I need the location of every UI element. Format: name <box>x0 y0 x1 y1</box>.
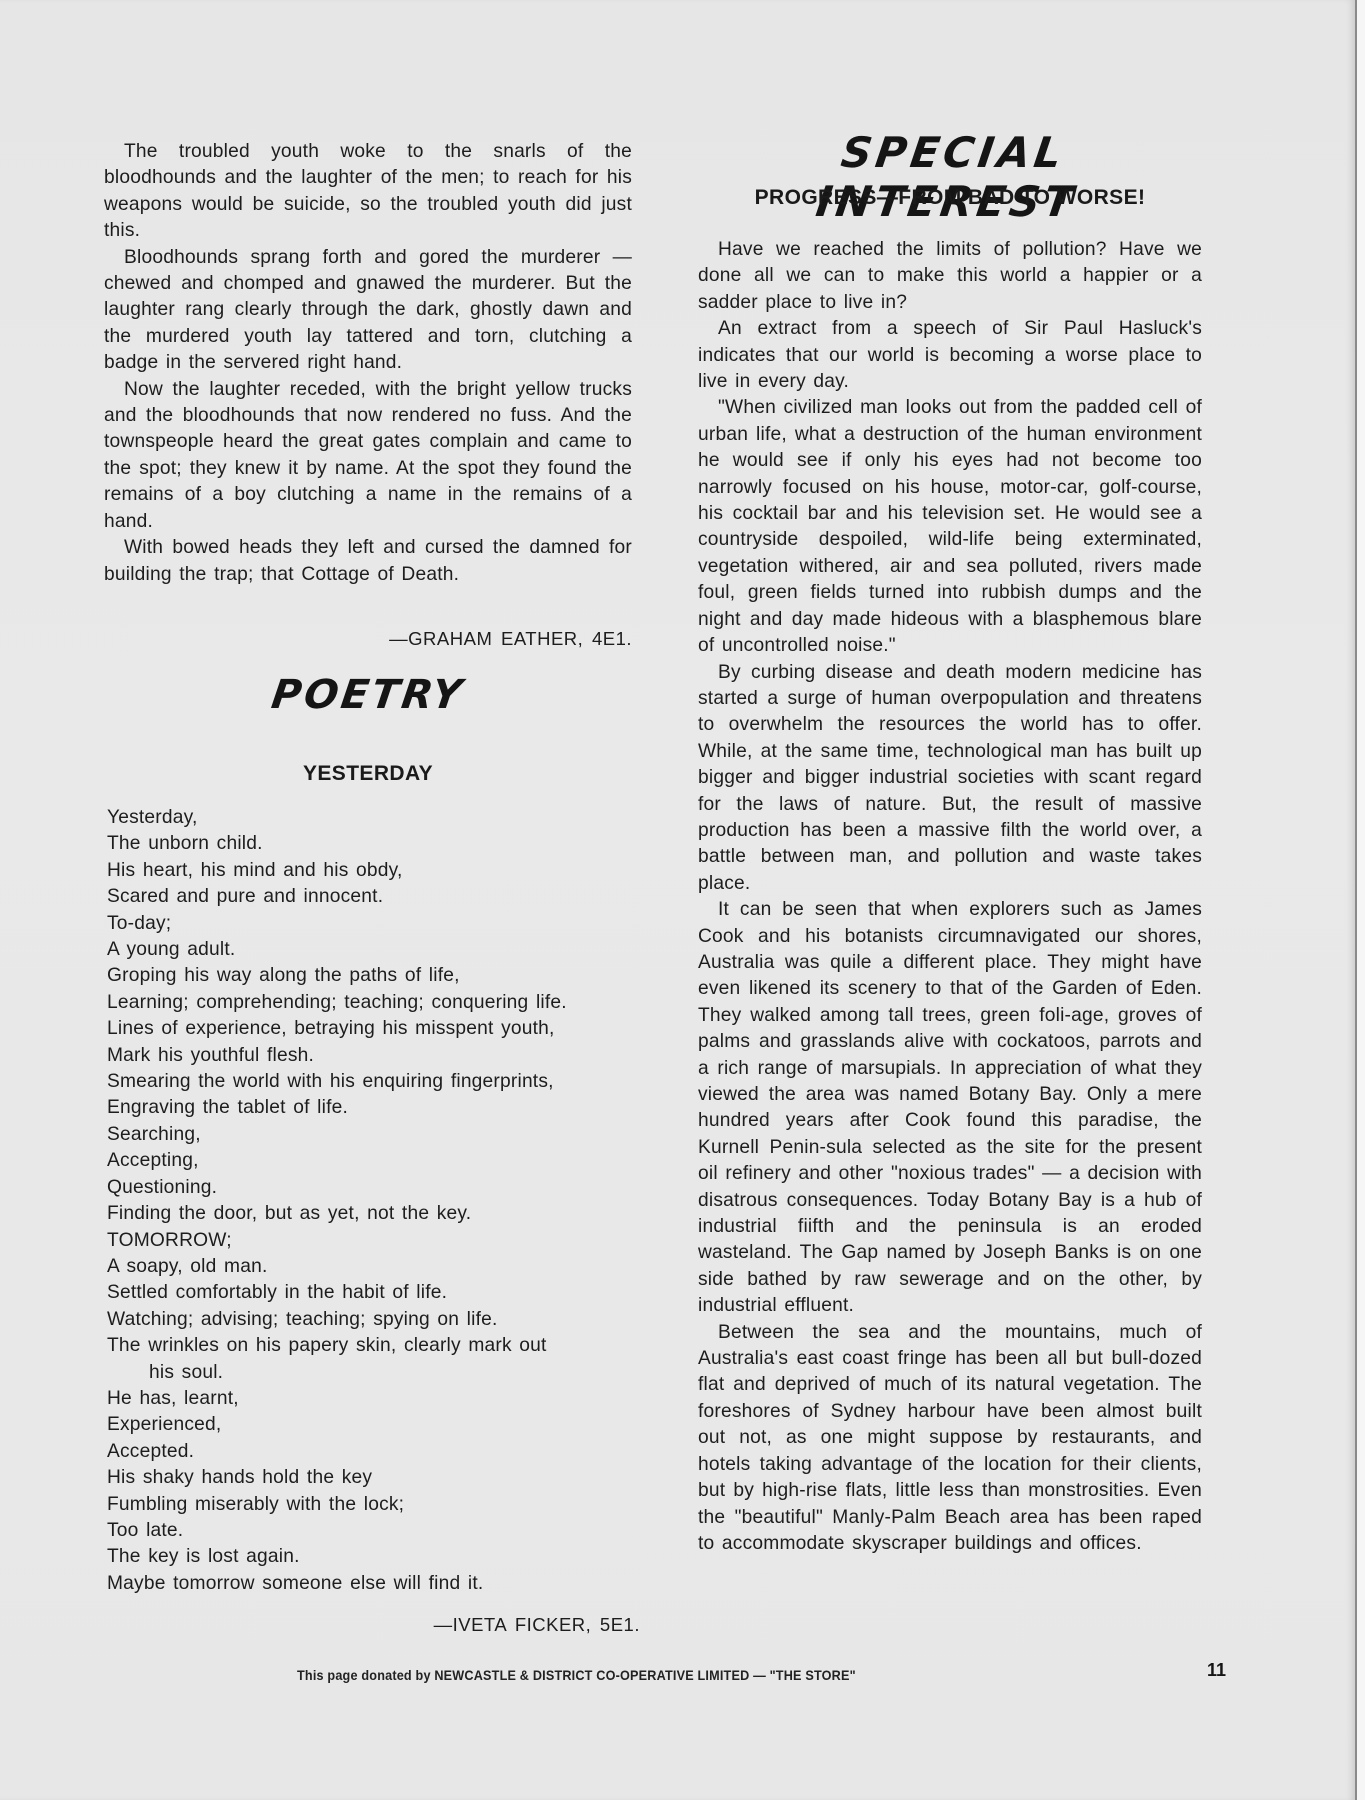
poem-line: His heart, his mind and his obdy, <box>107 858 647 884</box>
poem-line: To-day; <box>107 911 647 937</box>
poem-line: Learning; comprehending; teaching; conqu… <box>107 990 647 1016</box>
poem-line: Finding the door, but as yet, not the ke… <box>107 1201 647 1227</box>
story-paragraph: With bowed heads they left and cursed th… <box>104 535 632 588</box>
story-text: The troubled youth woke to the snarls of… <box>104 139 632 588</box>
poem-line: Groping his way along the paths of life, <box>107 963 647 989</box>
poem-line: Accepted. <box>107 1439 647 1465</box>
page-number: 11 <box>1207 1660 1226 1681</box>
poem-line: The wrinkles on his papery skin, clearly… <box>107 1333 647 1359</box>
article-title: PROGRESS—FROM BAD TO WORSE! <box>698 186 1202 210</box>
article-paragraph: It can be seen that when explorers such … <box>698 897 1202 1320</box>
poem-author: —IVETA FICKER, 5E1. <box>112 1614 640 1636</box>
poem-line: Smearing the world with his enquiring fi… <box>107 1069 647 1095</box>
article-paragraph: Have we reached the limits of pollution?… <box>698 237 1202 316</box>
poem-line: The unborn child. <box>107 831 647 857</box>
story-paragraph: Bloodhounds sprang forth and gored the m… <box>104 245 632 377</box>
donation-footer: This page donated by NEWCASTLE & DISTRIC… <box>297 1668 856 1683</box>
article-paragraph: By curbing disease and death modern medi… <box>698 660 1202 898</box>
poem-line-continuation: his soul. <box>107 1360 647 1386</box>
story-paragraph: The troubled youth woke to the snarls of… <box>104 139 632 245</box>
article-body: Have we reached the limits of pollution?… <box>698 237 1202 1557</box>
poem-line: A young adult. <box>107 937 647 963</box>
poem-line: His shaky hands hold the key <box>107 1465 647 1491</box>
story-paragraph: Now the laughter receded, with the brigh… <box>104 377 632 535</box>
poem-line: Accepting, <box>107 1148 647 1174</box>
poem-title: YESTERDAY <box>104 762 632 786</box>
poem-line: Fumbling miserably with the lock; <box>107 1492 647 1518</box>
poem-line: TOMORROW; <box>107 1228 647 1254</box>
poem-line: Settled comfortably in the habit of life… <box>107 1280 647 1306</box>
poem-line: Searching, <box>107 1122 647 1148</box>
poem-line: Engraving the tablet of life. <box>107 1095 647 1121</box>
story-author: —GRAHAM EATHER, 4E1. <box>104 628 632 650</box>
special-interest-section-title: SPECIAL INTEREST <box>691 128 1209 226</box>
poem-line: Lines of experience, betraying his missp… <box>107 1016 647 1042</box>
article-quote-paragraph: "When civilized man looks out from the p… <box>698 395 1202 659</box>
poem-line: Watching; advising; teaching; spying on … <box>107 1307 647 1333</box>
poem-line: Too late. <box>107 1518 647 1544</box>
poem-body: Yesterday, The unborn child. His heart, … <box>107 805 647 1597</box>
article-paragraph: Between the sea and the mountains, much … <box>698 1320 1202 1558</box>
poem-line: The key is lost again. <box>107 1544 647 1570</box>
poem-line: Questioning. <box>107 1175 647 1201</box>
poem-line: Experienced, <box>107 1412 647 1438</box>
magazine-page: The troubled youth woke to the snarls of… <box>0 0 1357 1800</box>
poetry-section-title: POETRY <box>101 672 635 718</box>
page-edge <box>1357 0 1365 1800</box>
poem-line: He has, learnt, <box>107 1386 647 1412</box>
poem-line: A soapy, old man. <box>107 1254 647 1280</box>
article-paragraph: An extract from a speech of Sir Paul Has… <box>698 316 1202 395</box>
poem-line: Mark his youthful flesh. <box>107 1043 647 1069</box>
poem-line: Yesterday, <box>107 805 647 831</box>
poem-line: Maybe tomorrow someone else will find it… <box>107 1571 647 1597</box>
poem-line: Scared and pure and innocent. <box>107 884 647 910</box>
